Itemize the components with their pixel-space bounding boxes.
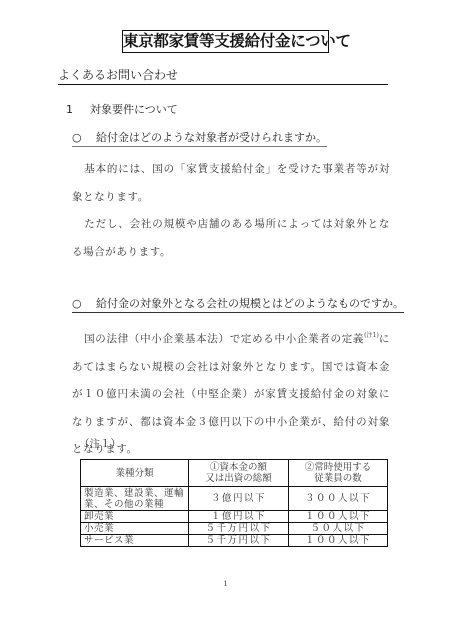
footnote-reference: (注1) bbox=[364, 332, 379, 339]
employees-cell: ５０人以下 bbox=[289, 523, 388, 535]
capital-cell: ５千万円以下 bbox=[189, 523, 289, 535]
table-row: 製造業、建設業、運輸業、その他の業種 ３億円以下 ３００人以下 bbox=[81, 487, 388, 511]
question-2: ○給付金の対象外となる会社の規模とはどのようなものですか。 bbox=[72, 297, 404, 313]
document-page: 東京都家賃等支援給付金について よくあるお問い合わせ 1対象要件について ○給付… bbox=[0, 0, 451, 640]
capital-cell: ３億円以下 bbox=[189, 487, 289, 511]
header-employees: ②常時使用する 従業員の数 bbox=[289, 460, 388, 487]
table-header-row: 業種分類 ①資本金の額 又は出資の総額 ②常時使用する 従業員の数 bbox=[81, 460, 388, 487]
section-title: 1対象要件について bbox=[66, 103, 178, 117]
industry-cell: 製造業、建設業、運輸業、その他の業種 bbox=[81, 487, 189, 511]
table-row: 小売業 ５千万円以下 ５０人以下 bbox=[81, 523, 388, 535]
employees-cell: ３００人以下 bbox=[289, 487, 388, 511]
section-title-text: 対象要件について bbox=[90, 103, 178, 116]
answer-1-paragraph-2: ただし、会社の規模や店舗のある場所によっては対象外となる場合があります。 bbox=[72, 211, 390, 266]
page-number: 1 bbox=[0, 579, 451, 588]
section-number: 1 bbox=[66, 103, 90, 117]
document-title: 東京都家賃等支援給付金について bbox=[122, 30, 329, 53]
circle-bullet-icon: ○ bbox=[72, 297, 96, 311]
table-row: サービス業 ５千万円以下 １００人以下 bbox=[81, 535, 388, 547]
note-label: （注１） bbox=[79, 437, 121, 451]
industry-cell: 小売業 bbox=[81, 523, 189, 535]
table-row: 卸売業 １億円以下 １００人以下 bbox=[81, 511, 388, 523]
faq-header: よくあるお問い合わせ bbox=[58, 67, 388, 85]
capital-cell: １億円以下 bbox=[189, 511, 289, 523]
question-1: ○給付金はどのような対象者が受けられますか。 bbox=[72, 131, 327, 147]
circle-bullet-icon: ○ bbox=[72, 131, 96, 145]
question-2-text: 給付金の対象外となる会社の規模とはどのようなものですか。 bbox=[96, 297, 404, 310]
answer-1-paragraph-1: 基本的には、国の「家賃支援給付金」を受けた事業者等が対象となります。 bbox=[72, 156, 390, 211]
industry-cell: サービス業 bbox=[81, 535, 189, 547]
employees-cell: １００人以下 bbox=[289, 535, 388, 547]
capital-cell: ５千万円以下 bbox=[189, 535, 289, 547]
sme-definition-table: 業種分類 ①資本金の額 又は出資の総額 ②常時使用する 従業員の数 製造業、建設… bbox=[80, 459, 388, 547]
header-capital: ①資本金の額 又は出資の総額 bbox=[189, 460, 289, 487]
industry-cell: 卸売業 bbox=[81, 511, 189, 523]
header-industry: 業種分類 bbox=[81, 460, 189, 487]
question-1-text: 給付金はどのような対象者が受けられますか。 bbox=[96, 131, 327, 144]
employees-cell: １００人以下 bbox=[289, 511, 388, 523]
